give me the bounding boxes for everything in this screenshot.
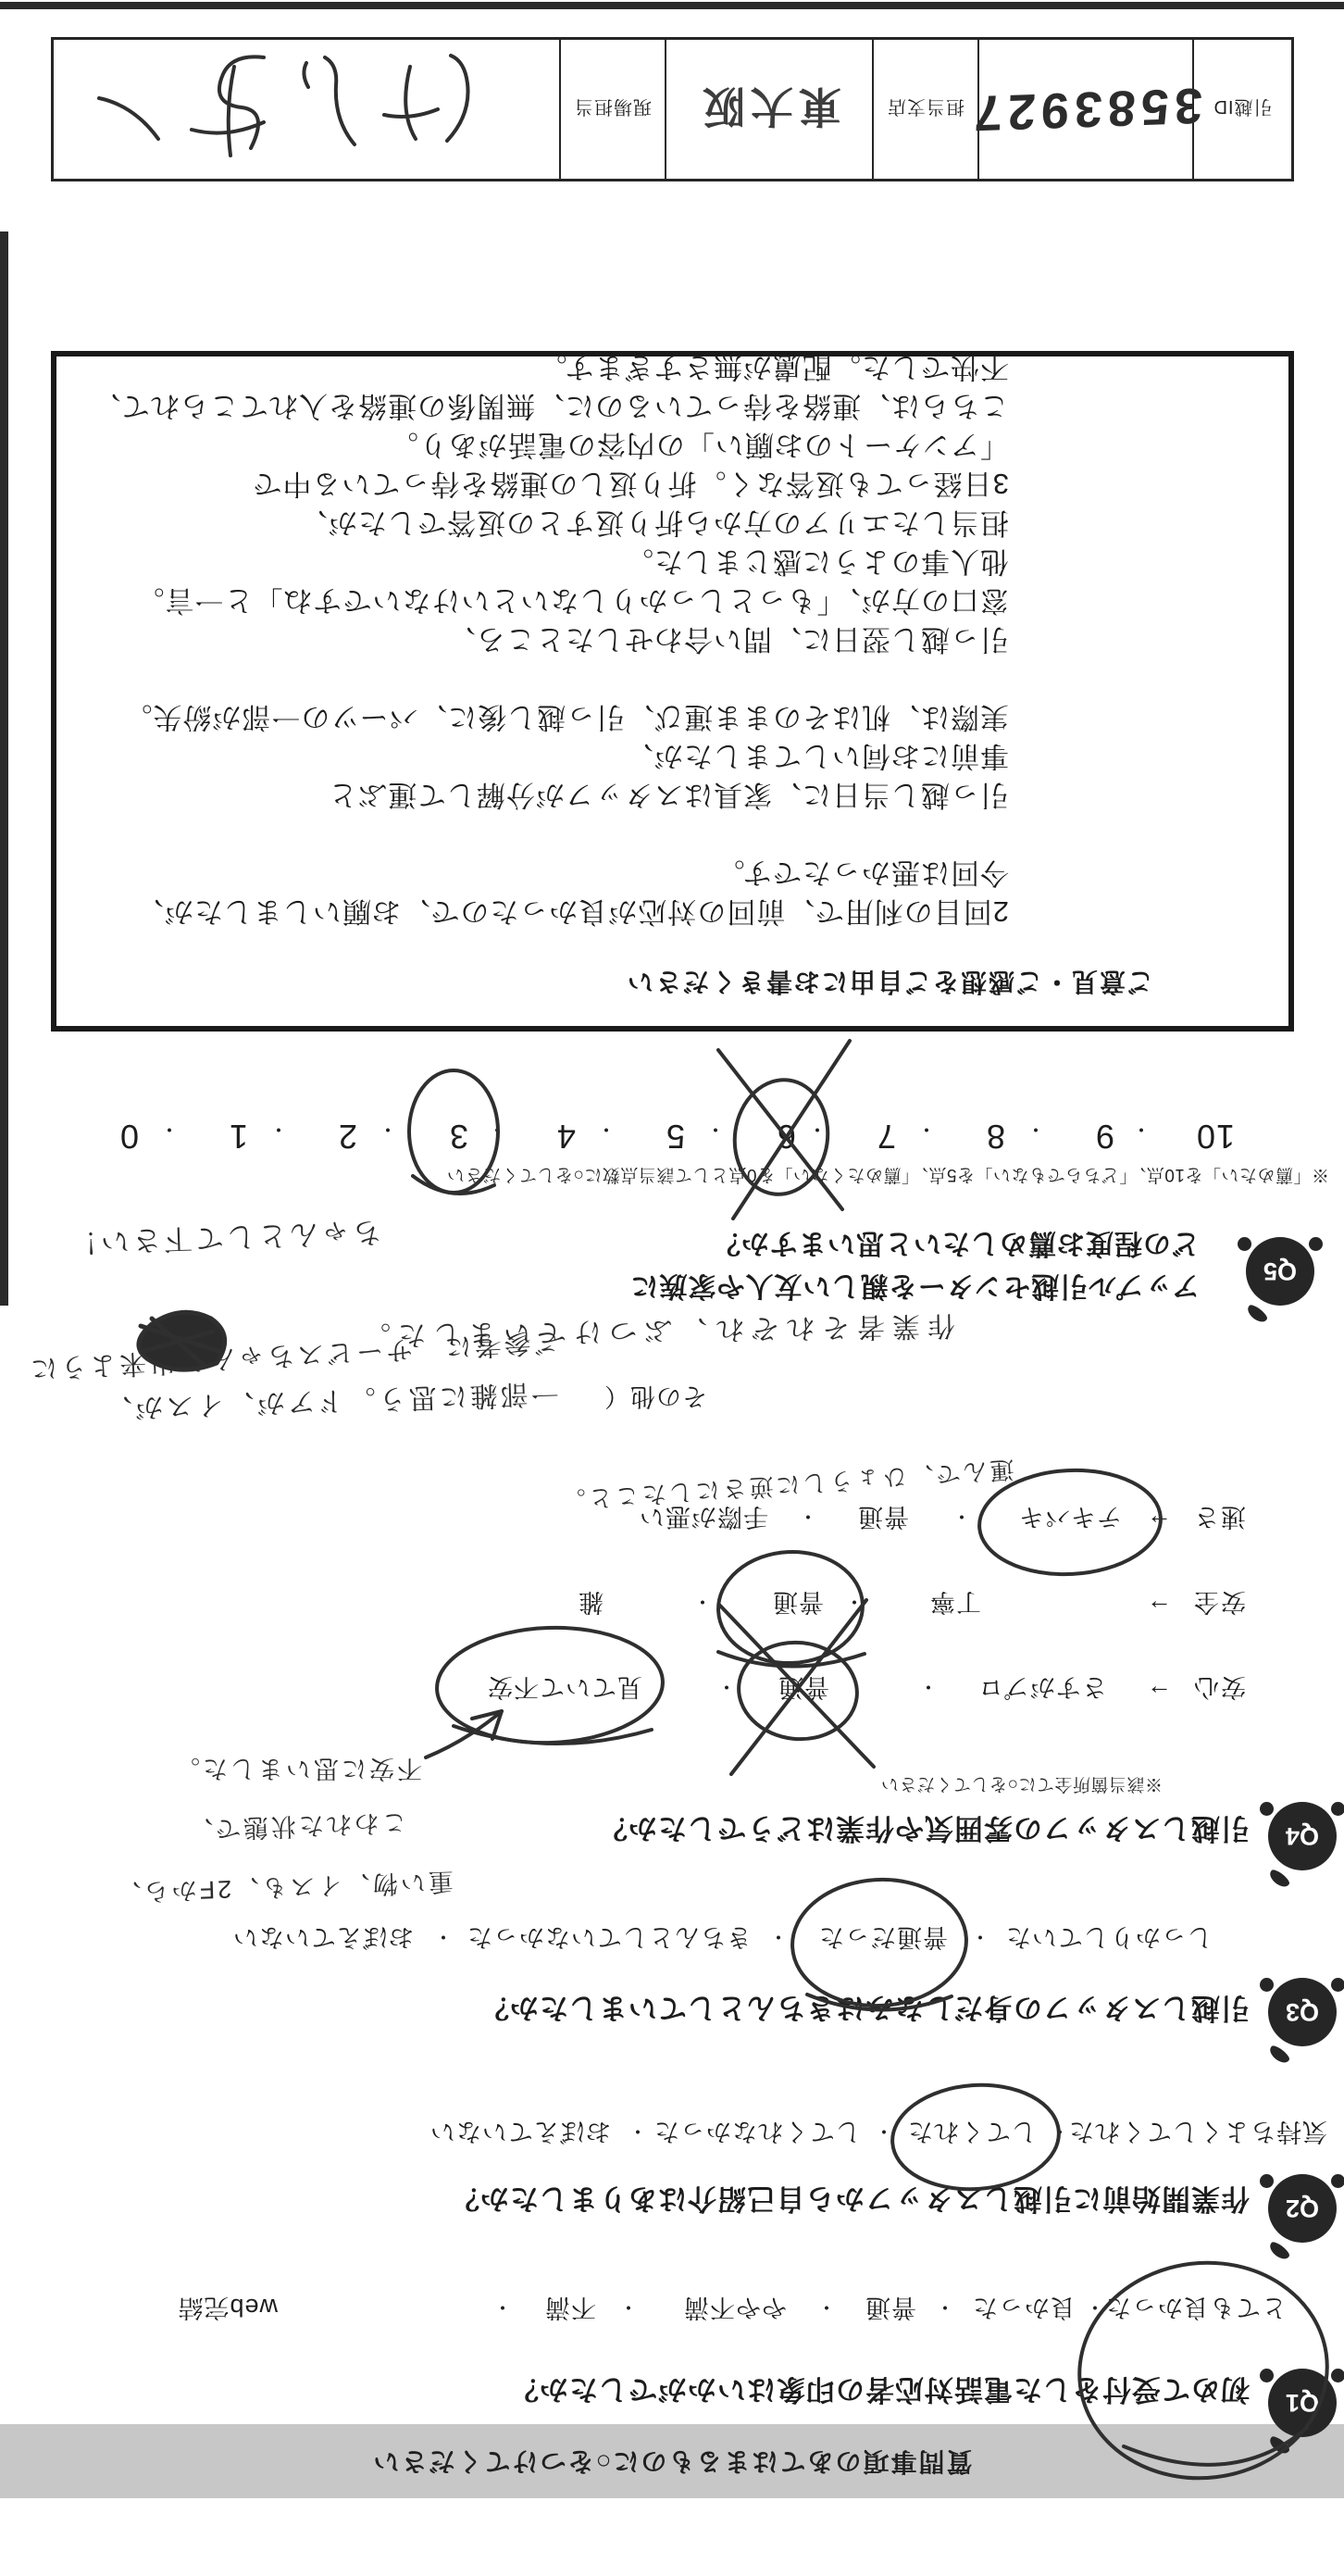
cell-hikkoshi-id-label: 引越ID bbox=[1192, 40, 1291, 179]
q3-option-futsuu-datta: 普通だった bbox=[818, 1921, 948, 1957]
q4-row1-option-futsuu: 普通 bbox=[778, 1671, 829, 1707]
mascot-hand-icon bbox=[1260, 2174, 1274, 2188]
q1-option-web-kanketsu: web完結 bbox=[177, 2292, 278, 2328]
scale-6: 6 bbox=[777, 1117, 796, 1156]
q4-row2-option-futsuu: 普通 bbox=[772, 1586, 824, 1622]
comment-box-title: ご意見・ご感想をご自由にお書きください bbox=[626, 965, 1153, 1002]
q3-badge: Q3 bbox=[1268, 1978, 1337, 2046]
q2-option-shitekureta: してくれた bbox=[907, 2116, 1037, 2152]
scale-separator: ・ bbox=[705, 1116, 726, 1144]
option-separator: ・ bbox=[935, 2294, 955, 2322]
q5-badge: Q5 bbox=[1246, 1237, 1314, 1306]
q4-row2-option-zatsu: 雑 bbox=[578, 1586, 604, 1622]
scale-0: 0 bbox=[119, 1117, 139, 1156]
option-separator: ・ bbox=[618, 2294, 639, 2322]
mascot-hand-icon bbox=[1309, 1237, 1323, 1251]
comment-line: 引っ越し翌日に、問い合わせしたところ、 bbox=[92, 624, 1009, 663]
arrow-right-icon: → bbox=[1145, 1679, 1172, 1707]
scale-1: 1 bbox=[229, 1117, 248, 1156]
handwritten-note-q4-side-1: 重い物、イスも、2Fから、 bbox=[113, 1866, 454, 1914]
branch-stamp-value: 東大阪 bbox=[697, 79, 841, 140]
cell-staff-signature bbox=[54, 40, 559, 179]
cell-staff-label: 現場担当 bbox=[559, 40, 665, 179]
scale-separator: ・ bbox=[596, 1116, 616, 1144]
q4-row1-option-miteite-fuan: 見ていて不安 bbox=[487, 1671, 642, 1707]
hikkoshi-id-label: 引越ID bbox=[1213, 96, 1273, 123]
q4-row1-fuan-circle-double-stroke bbox=[454, 1726, 652, 1744]
option-separator: ・ bbox=[918, 1673, 939, 1702]
comment-line: 他人事のように感じました。 bbox=[92, 546, 1009, 585]
comment-line: 実際は、机はそのまま運び、引っ越し後に、パーツの一部が紛失。 bbox=[92, 702, 1009, 741]
scale-9: 9 bbox=[1095, 1117, 1114, 1156]
annotation-arrow bbox=[426, 1711, 502, 1757]
cell-hikkoshi-id-value: 3583927 bbox=[977, 40, 1192, 179]
comment-line: 窓口の方が、「もっとしっかりしないといけないですね」と一言。 bbox=[92, 585, 1009, 624]
header-instruction-text: 質問事項のあてはまるものに○をつけてください bbox=[0, 2424, 1344, 2498]
branch-label: 担当支店 bbox=[887, 96, 964, 123]
q4-row3-option-tekipaki: テキパキ bbox=[1018, 1501, 1122, 1537]
cell-branch-label: 担当支店 bbox=[872, 40, 977, 179]
q4-row3-option-futsuu: 普通 bbox=[857, 1501, 909, 1537]
q1-question-text: 初めて受付をした電話対応者の印象はいかがでしたか？ bbox=[509, 2371, 1250, 2413]
q2-option-oboeteinai: おぼえていない bbox=[429, 2116, 611, 2152]
q1-option-futsuu: 普通 bbox=[865, 2292, 916, 2328]
option-separator: ・ bbox=[768, 1923, 789, 1952]
scale-separator: ・ bbox=[1026, 1116, 1046, 1144]
scale-2: 2 bbox=[338, 1117, 357, 1156]
signature-scribble bbox=[56, 43, 556, 176]
scale-separator: ・ bbox=[1131, 1116, 1151, 1144]
option-separator: ・ bbox=[1085, 2294, 1105, 2322]
handwritten-note-q4-side-2: こわれた状態で、 bbox=[185, 1807, 408, 1850]
option-separator: ・ bbox=[798, 1503, 818, 1532]
q4-row1-label: 安心 bbox=[1192, 1671, 1246, 1707]
q5-question-line1: アップル引越センターを親しい友人や家族に bbox=[630, 1269, 1201, 1309]
comment-line: 引っ越し当日に、家具はスタッフが分解して運ぶと bbox=[92, 780, 1009, 819]
mascot-leaf-icon bbox=[1267, 1868, 1291, 1890]
q1-option-totemo-yokatta: とても良かった bbox=[1105, 2292, 1287, 2328]
option-separator: ・ bbox=[816, 2294, 837, 2322]
comment-line: 「アンケートのお願い」の内容の電話があり。 bbox=[92, 430, 1009, 469]
scale-separator: ・ bbox=[268, 1116, 289, 1144]
scale-8: 8 bbox=[986, 1117, 1005, 1156]
option-separator: ・ bbox=[952, 1503, 972, 1532]
handwritten-other-line-1: 一部雑に思う。ドアが、イスが、 bbox=[102, 1375, 560, 1432]
q4-other-label: その他（ bbox=[604, 1381, 707, 1417]
q3-option-oboeteinai: おぼえていない bbox=[232, 1921, 414, 1957]
option-separator: ・ bbox=[1050, 2118, 1070, 2146]
comment-line: 3日経っても返答なく。折り返しの連絡を待っている中で bbox=[92, 469, 1009, 507]
q5-note-text: ※「薦めたい」を10点、「どちらでもない」を5点、「薦めたくない」を0点として該… bbox=[446, 1164, 1329, 1189]
option-separator: ・ bbox=[692, 1588, 713, 1617]
q3-badge-label: Q3 bbox=[1286, 1998, 1319, 2026]
option-separator: ・ bbox=[874, 2118, 894, 2146]
footer-id-table: 引越ID 3583927 担当支店 東大阪 現場担当 bbox=[51, 37, 1294, 181]
scale-separator: ・ bbox=[159, 1116, 180, 1144]
header-instruction-bar: 質問事項のあてはまるものに○をつけてください bbox=[0, 2424, 1344, 2498]
mascot-hand-icon bbox=[1260, 1802, 1274, 1816]
mascot-hand-icon bbox=[1331, 1802, 1344, 1816]
q5-question-line2: どの程度お薦めしたいと思いますか？ bbox=[712, 1226, 1200, 1267]
cell-branch-value: 東大阪 bbox=[665, 40, 872, 179]
comment-line: 不快でした。配慮が無さすぎます。 bbox=[92, 352, 1009, 391]
scan-edge-strip bbox=[0, 231, 8, 1306]
staff-label: 現場担当 bbox=[574, 96, 652, 123]
q2-badge-label: Q2 bbox=[1286, 2195, 1319, 2222]
q2-option-shitekurenakatta: してくれなかった bbox=[653, 2116, 861, 2152]
option-separator: ・ bbox=[716, 1673, 737, 1702]
scale-5: 5 bbox=[666, 1117, 685, 1156]
mascot-hand-icon bbox=[1238, 1237, 1251, 1251]
q4-badge: Q4 bbox=[1268, 1802, 1337, 1870]
q4-row1-option-sasugapuro: さすがプロ bbox=[977, 1671, 1107, 1707]
q4-badge-label: Q4 bbox=[1286, 1822, 1319, 1850]
comment-line: 今回は悪かったです。 bbox=[92, 857, 1009, 896]
q4-note-text: ※該当箇所全てに○をしてください bbox=[881, 1773, 1163, 1798]
scale-separator: ・ bbox=[916, 1116, 937, 1144]
scan-edge-line bbox=[0, 2, 1344, 9]
q4-row2-circle-double-stroke bbox=[718, 1652, 865, 1667]
mascot-hand-icon bbox=[1331, 1978, 1344, 1992]
option-separator: ・ bbox=[844, 1588, 865, 1617]
arrow-right-icon: → bbox=[1145, 1594, 1172, 1622]
option-separator: ・ bbox=[628, 2118, 648, 2146]
q1-option-yokatta: 良かった bbox=[972, 2292, 1076, 2328]
mascot-hand-icon bbox=[1260, 2369, 1274, 2382]
mascot-hand-icon bbox=[1260, 1978, 1274, 1992]
q1-badge-label: Q1 bbox=[1286, 2389, 1319, 2417]
comment-line bbox=[92, 819, 1009, 857]
mascot-leaf-icon bbox=[1267, 2240, 1291, 2262]
q1-badge: Q1 bbox=[1268, 2369, 1337, 2437]
comment-text-block: 2回目の利用で、前回の対応が良かったので、お願いしましたが、 今回は悪かったです… bbox=[92, 352, 1009, 935]
mascot-hand-icon bbox=[1331, 2174, 1344, 2188]
comment-line: こちらは、連絡を待っているのに、無関係の連絡を入れてこられて、 bbox=[92, 391, 1009, 430]
handwritten-note-q4-side-3: 不安に思いました。 bbox=[172, 1753, 422, 1789]
option-separator: ・ bbox=[433, 1923, 454, 1952]
q1-option-yaya-fuman: やや不満 bbox=[683, 2292, 787, 2328]
scale-3: 3 bbox=[449, 1117, 468, 1156]
scale-7: 7 bbox=[877, 1117, 896, 1156]
q3-option-shikkari: しっかりしていた bbox=[1005, 1921, 1213, 1957]
comment-line: 2回目の利用で、前回の対応が良かったので、お願いしましたが、 bbox=[92, 896, 1009, 935]
scale-separator: ・ bbox=[807, 1116, 828, 1144]
handwritten-note-q5-line2: ちゃんとして下さい！ bbox=[66, 1214, 381, 1267]
arrow-right-icon: → bbox=[1145, 1508, 1172, 1537]
option-separator: ・ bbox=[970, 1923, 990, 1952]
q3-question-text: 引越しスタッフの身だしなみはきちんとしていましたか？ bbox=[479, 1990, 1250, 2032]
q3-option-kichinto-shitenakatta: きちんとしていなかった bbox=[467, 1921, 752, 1957]
q2-option-kimochiyoku: 気持ちよくしてくれた bbox=[1068, 2116, 1327, 2152]
comment-line bbox=[92, 663, 1009, 702]
handwritten-note-q4-diagonal: 運んで、ひょうしに逆さにしたこと。 bbox=[558, 1454, 1015, 1519]
annotation-arrowhead bbox=[472, 1711, 502, 1739]
q1-option-fuman: 不満 bbox=[544, 2292, 596, 2328]
q2-question-text: 作業開始前に引越しスタッフから自己紹介はありましたか？ bbox=[450, 2181, 1250, 2222]
q4-row3-label: 速さ bbox=[1192, 1501, 1246, 1537]
scale-separator: ・ bbox=[378, 1116, 398, 1144]
scale-separator: ・ bbox=[487, 1116, 507, 1144]
scale-10: 10 bbox=[1196, 1117, 1235, 1156]
scanned-questionnaire-sheet: 質問事項のあてはまるものに○をつけてください Q1 初めて受付をした電話対応者の… bbox=[0, 0, 1344, 2576]
q4-row2-label: 安全 bbox=[1192, 1586, 1246, 1622]
q4-question-text: 引越しスタッフの雰囲気や作業はどうでしたか？ bbox=[598, 1810, 1250, 1852]
q2-badge: Q2 bbox=[1268, 2174, 1337, 2243]
mascot-leaf-icon bbox=[1245, 1303, 1269, 1325]
q5-badge-label: Q5 bbox=[1263, 1257, 1297, 1285]
hikkoshi-id-handwritten-value: 3583927 bbox=[968, 77, 1203, 143]
comment-line: 事前にお伺いしてましたが、 bbox=[92, 741, 1009, 780]
q4-row2-option-teinei: 丁寧 bbox=[929, 1586, 981, 1622]
scale-4: 4 bbox=[556, 1117, 576, 1156]
mascot-hand-icon bbox=[1331, 2369, 1344, 2382]
mascot-leaf-icon bbox=[1267, 2044, 1291, 2066]
comment-line: 担当したエリアの方から折り返すとの返答でしたが、 bbox=[92, 507, 1009, 546]
option-separator: ・ bbox=[492, 2294, 513, 2322]
